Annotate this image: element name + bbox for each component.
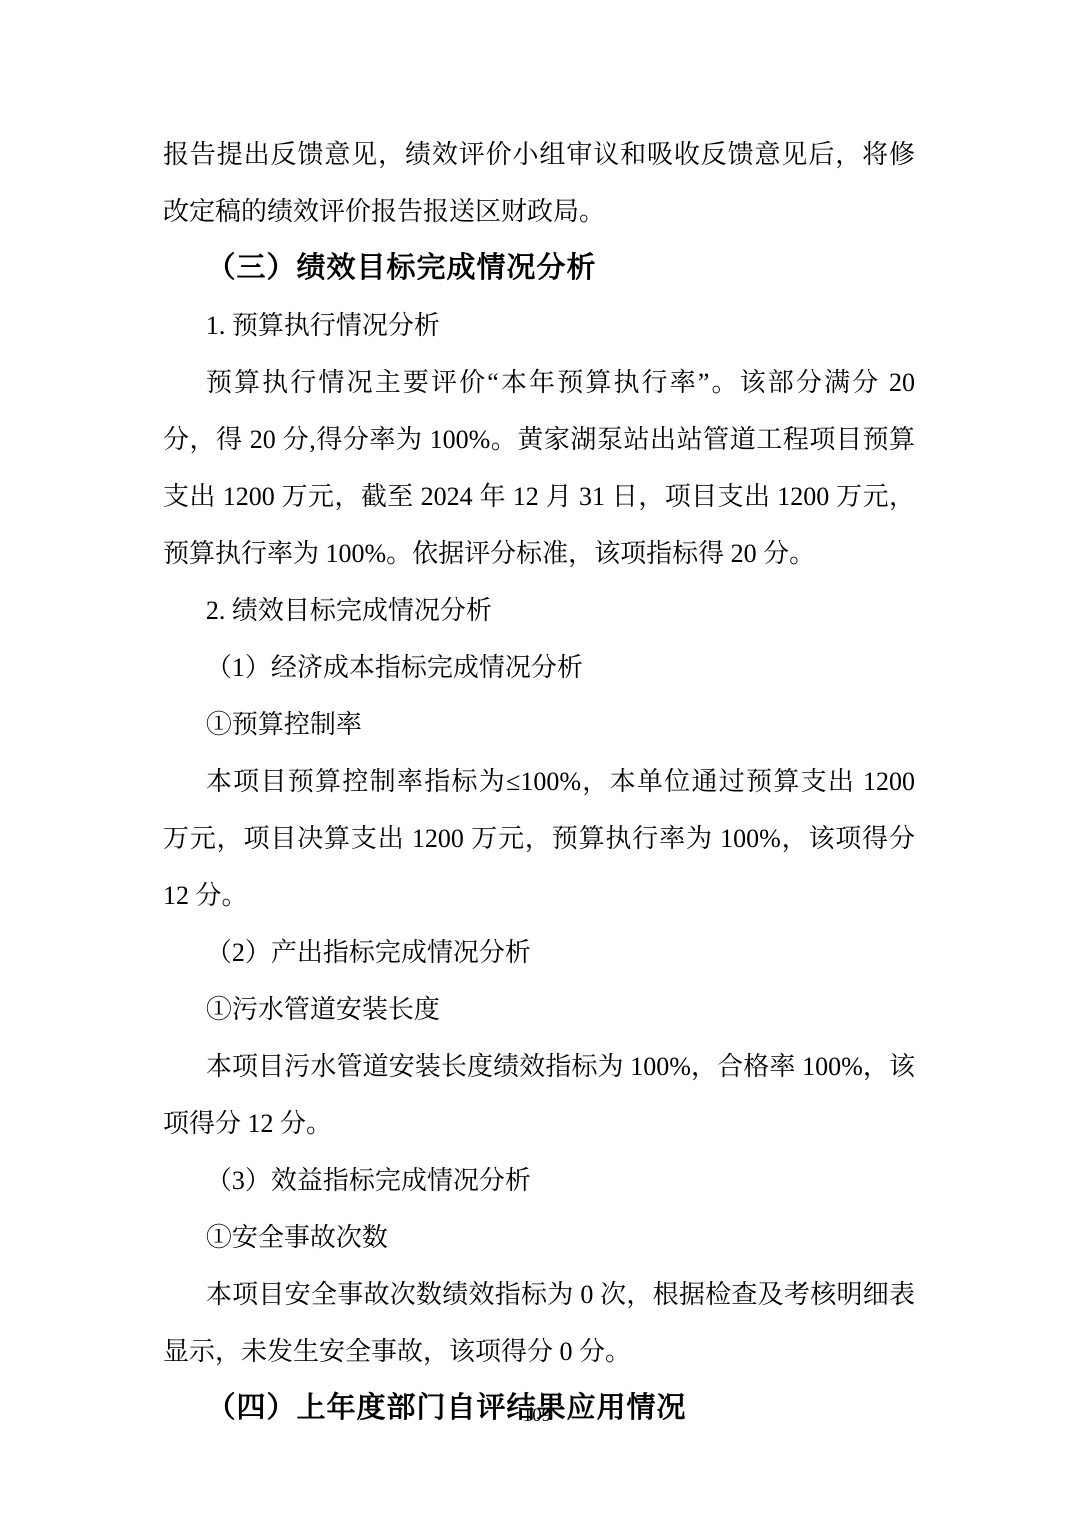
paragraph-budget-execution: 预算执行情况主要评价“本年预算执行率”。该部分满分 20 分，得 20 分,得分… — [163, 354, 915, 582]
document-page: 报告提出反馈意见，绩效评价小组审议和吸收反馈意见后，将修改定稿的绩效评价报告报送… — [0, 0, 1074, 1520]
subitem-1: 1. 预算执行情况分析 — [163, 297, 915, 354]
subitem-2-3: （3）效益指标完成情况分析 — [163, 1152, 915, 1209]
subitem-pipe-length: ①污水管道安装长度 — [163, 981, 915, 1038]
paragraph-safety-accidents: 本项目安全事故次数绩效指标为 0 次，根据检查及考核明细表显示，未发生安全事故，… — [163, 1266, 915, 1380]
subitem-2: 2. 绩效目标完成情况分析 — [163, 582, 915, 639]
page-footer: 109 — [0, 1403, 1074, 1429]
document-content: 报告提出反馈意见，绩效评价小组审议和吸收反馈意见后，将修改定稿的绩效评价报告报送… — [163, 126, 915, 1437]
paragraph-continuation: 报告提出反馈意见，绩效评价小组审议和吸收反馈意见后，将修改定稿的绩效评价报告报送… — [163, 126, 915, 240]
subitem-2-1: （1）经济成本指标完成情况分析 — [163, 639, 915, 696]
subitem-safety-accidents: ①安全事故次数 — [163, 1209, 915, 1266]
subitem-2-2: （2）产出指标完成情况分析 — [163, 924, 915, 981]
subitem-budget-control-rate: ①预算控制率 — [163, 696, 915, 753]
section-heading-3: （三）绩效目标完成情况分析 — [163, 240, 915, 297]
page-number: 109 — [523, 1405, 552, 1426]
paragraph-pipe-length: 本项目污水管道安装长度绩效指标为 100%，合格率 100%，该项得分 12 分… — [163, 1038, 915, 1152]
paragraph-budget-control-rate: 本项目预算控制率指标为≤100%，本单位通过预算支出 1200 万元，项目决算支… — [163, 753, 915, 924]
